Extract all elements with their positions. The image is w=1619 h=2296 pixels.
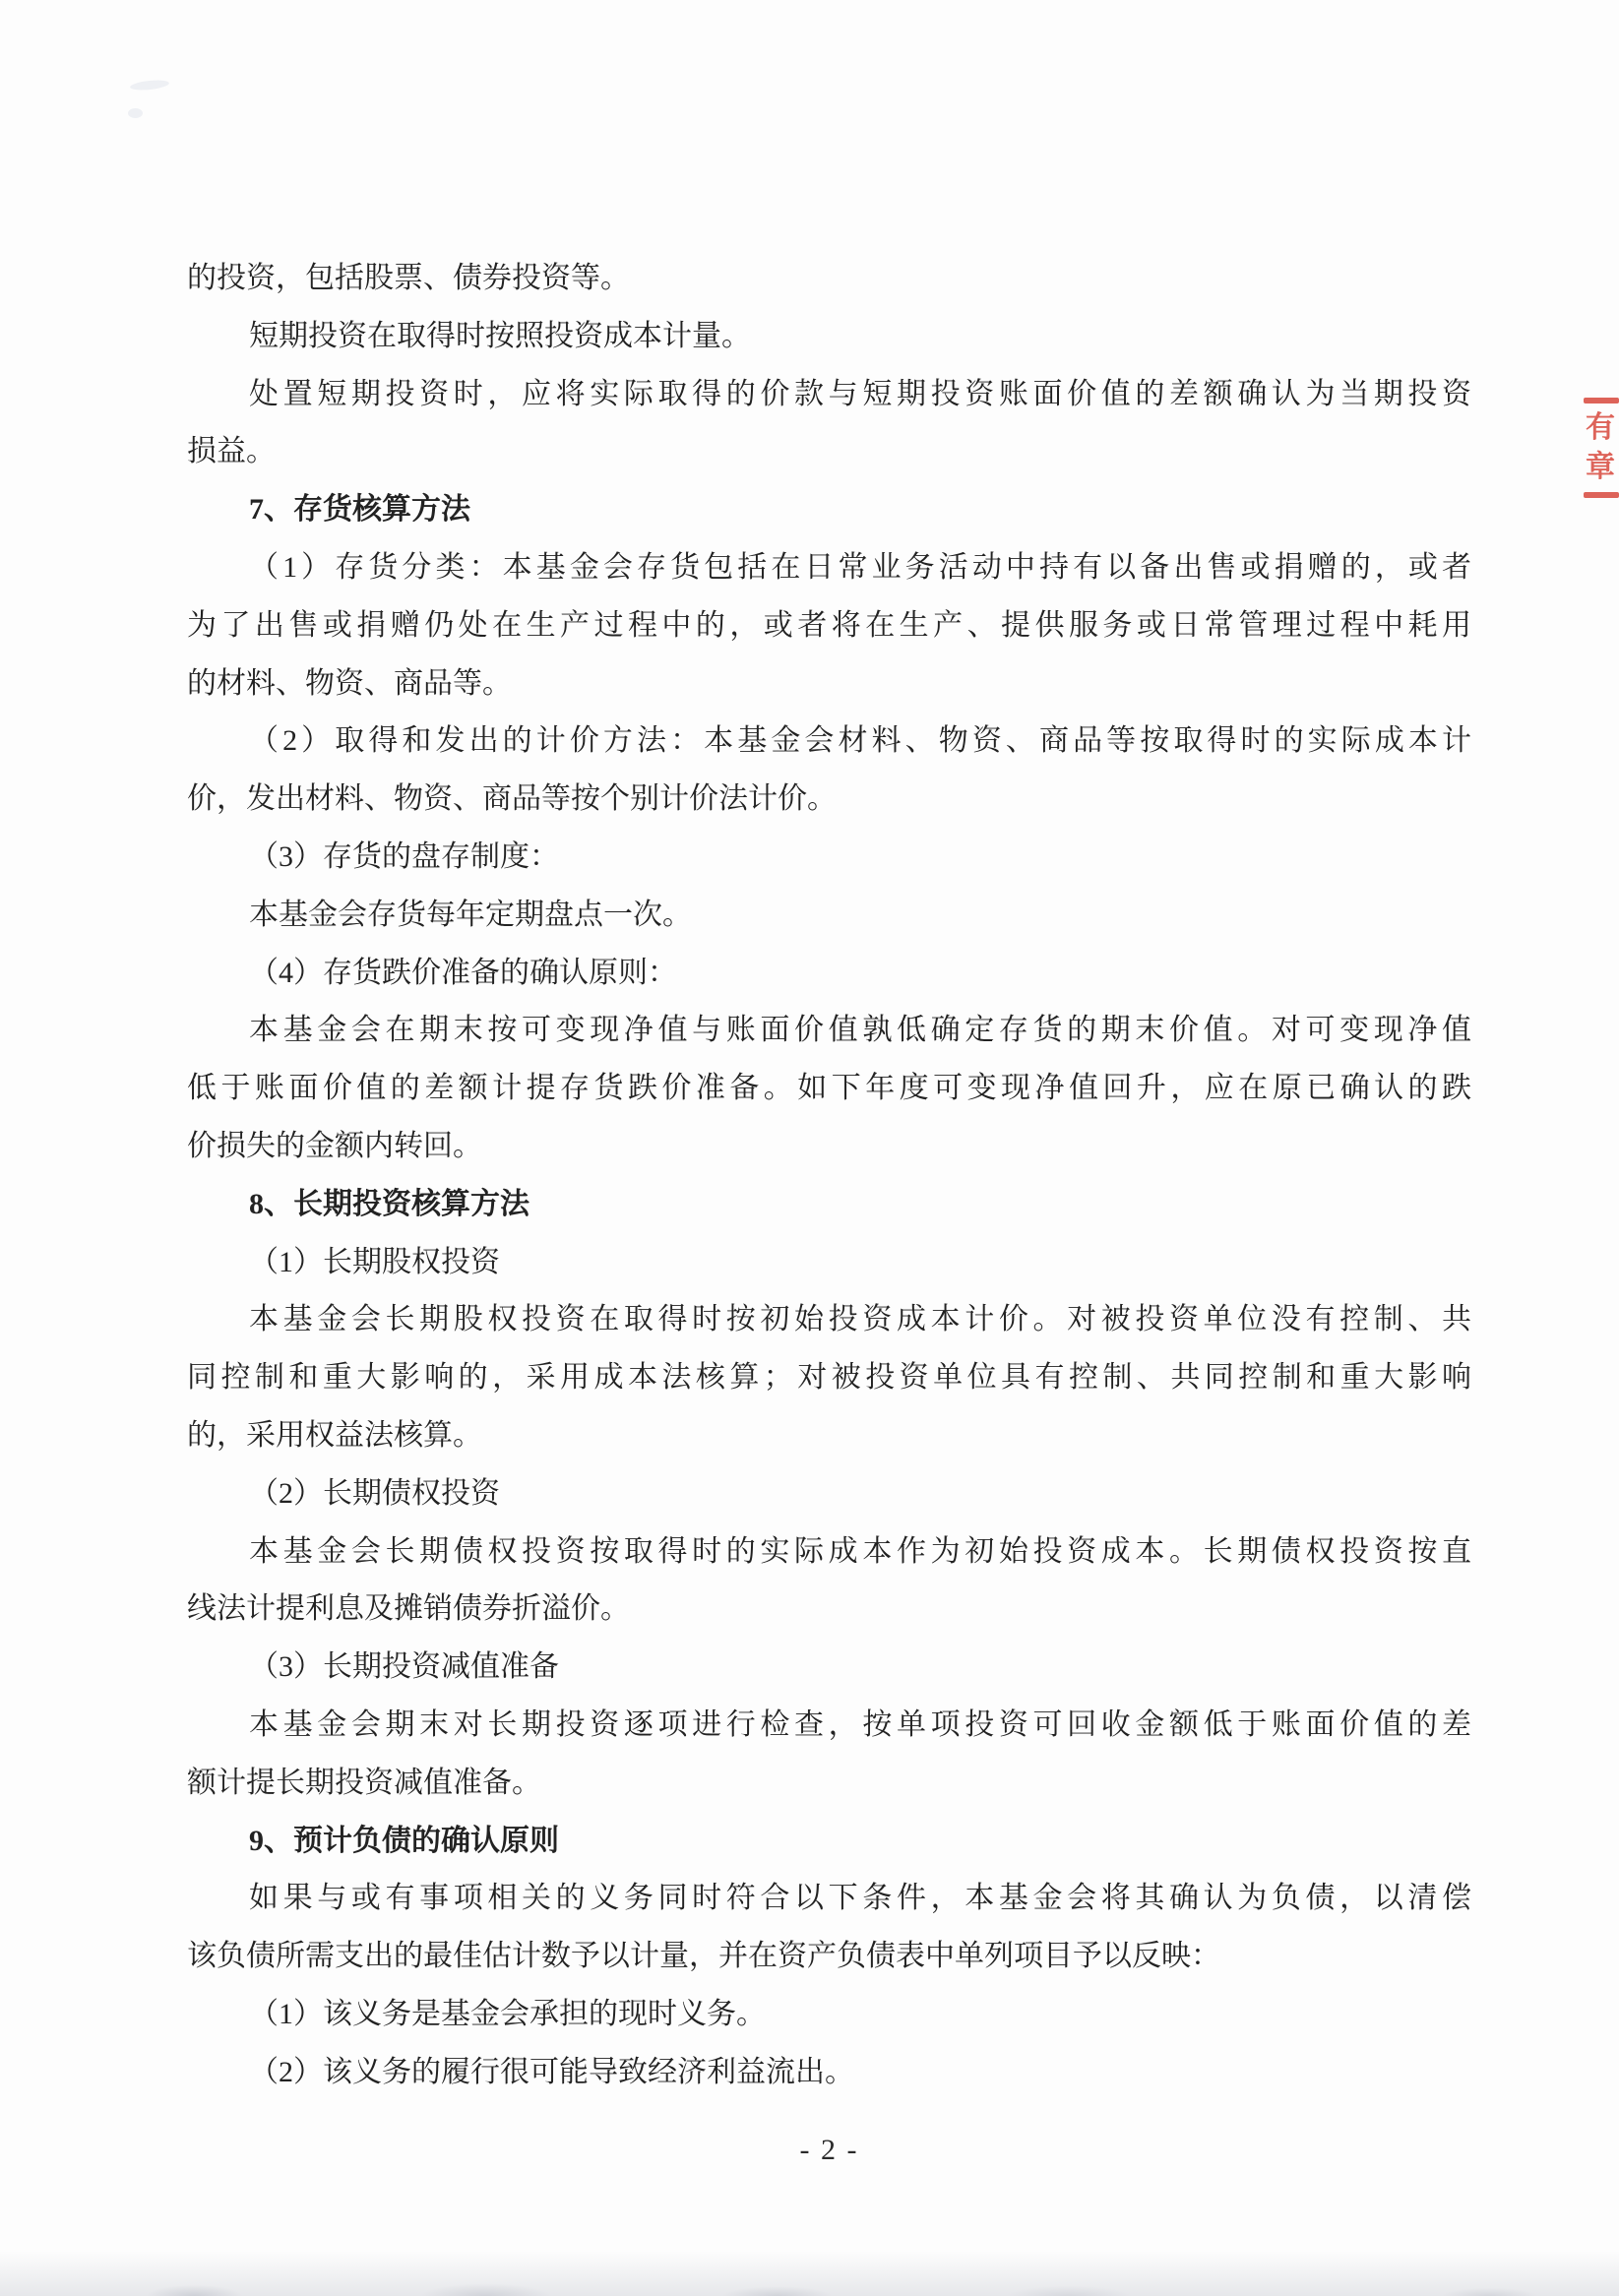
text-line: （2）该义务的履行很可能导致经济利益流出。 [187, 2044, 1471, 2102]
text-line: （1）长期股权投资 [187, 1234, 1471, 1292]
seal-stamp-bracket-bottom [1584, 492, 1619, 498]
text-line: （2）取得和发出的计价方法：本基金会材料、物资、商品等按取得时的实际成本计 [187, 713, 1471, 771]
section-heading: 8、长期投资核算方法 [187, 1176, 1471, 1234]
text-line: 处置短期投资时，应将实际取得的价款与短期投资账面价值的差额确认为当期投资 [187, 366, 1471, 424]
section-heading: 7、存货核算方法 [187, 481, 1471, 539]
text-line: （4）存货跌价准备的确认原则： [187, 945, 1471, 1003]
text-line: 的投资，包括股票、债券投资等。 [187, 250, 1471, 308]
text-line: 如果与或有事项相关的义务同时符合以下条件，本基金会将其确认为负债，以清偿 [187, 1870, 1471, 1928]
text-line: 该负债所需支出的最佳估计数予以计量，并在资产负债表中单列项目予以反映： [187, 1928, 1471, 1986]
text-line: 本基金会长期债权投资按取得时的实际成本作为初始投资成本。长期债权投资按直 [187, 1523, 1471, 1582]
text-line: 低于账面价值的差额计提存货跌价准备。如下年度可变现净值回升，应在原已确认的跌 [187, 1060, 1471, 1118]
scan-smudge [130, 79, 170, 92]
text-block: 的投资，包括股票、债券投资等。短期投资在取得时按照投资成本计量。处置短期投资时，… [187, 250, 1471, 2102]
text-line: 短期投资在取得时按照投资成本计量。 [187, 308, 1471, 366]
scan-shadow [0, 2251, 1619, 2296]
seal-stamp-bracket-top [1584, 398, 1619, 403]
document-page: 的投资，包括股票、债券投资等。短期投资在取得时按照投资成本计量。处置短期投资时，… [0, 0, 1619, 2296]
text-line: （3）存货的盘存制度： [187, 829, 1471, 887]
text-line: （1）存货分类：本基金会存货包括在日常业务活动中持有以备出售或捐赠的，或者 [187, 539, 1471, 597]
text-line: 额计提长期投资减值准备。 [187, 1755, 1471, 1813]
text-line: 为了出售或捐赠仍处在生产过程中的，或者将在生产、提供服务或日常管理过程中耗用 [187, 597, 1471, 655]
text-line: 价损失的金额内转回。 [187, 1118, 1471, 1176]
text-line: 的材料、物资、商品等。 [187, 655, 1471, 714]
seal-stamp: 有 章 [1584, 398, 1619, 498]
text-line: 同控制和重大影响的，采用成本法核算；对被投资单位具有控制、共同控制和重大影响 [187, 1349, 1471, 1407]
scan-smudge [128, 108, 143, 118]
text-line: 本基金会在期末按可变现净值与账面价值孰低确定存货的期末价值。对可变现净值 [187, 1002, 1471, 1060]
text-line: 本基金会长期股权投资在取得时按初始投资成本计价。对被投资单位没有控制、共 [187, 1291, 1471, 1349]
text-line: （1）该义务是基金会承担的现时义务。 [187, 1986, 1471, 2044]
section-heading: 9、预计负债的确认原则 [187, 1813, 1471, 1871]
text-line: （2）长期债权投资 [187, 1465, 1471, 1523]
seal-stamp-char: 章 [1584, 448, 1619, 487]
text-line: 损益。 [187, 423, 1471, 481]
page-number: - 2 - [187, 2134, 1471, 2167]
text-line: 的，采用权益法核算。 [187, 1407, 1471, 1465]
text-line: 本基金会期末对长期投资逐项进行检查，按单项投资可回收金额低于账面价值的差 [187, 1697, 1471, 1755]
text-line: 线法计提利息及摊销债券折溢价。 [187, 1581, 1471, 1639]
seal-stamp-char: 有 [1584, 408, 1619, 448]
text-line: （3）长期投资减值准备 [187, 1639, 1471, 1697]
text-line: 价，发出材料、物资、商品等按个别计价法计价。 [187, 771, 1471, 829]
text-line: 本基金会存货每年定期盘点一次。 [187, 887, 1471, 945]
